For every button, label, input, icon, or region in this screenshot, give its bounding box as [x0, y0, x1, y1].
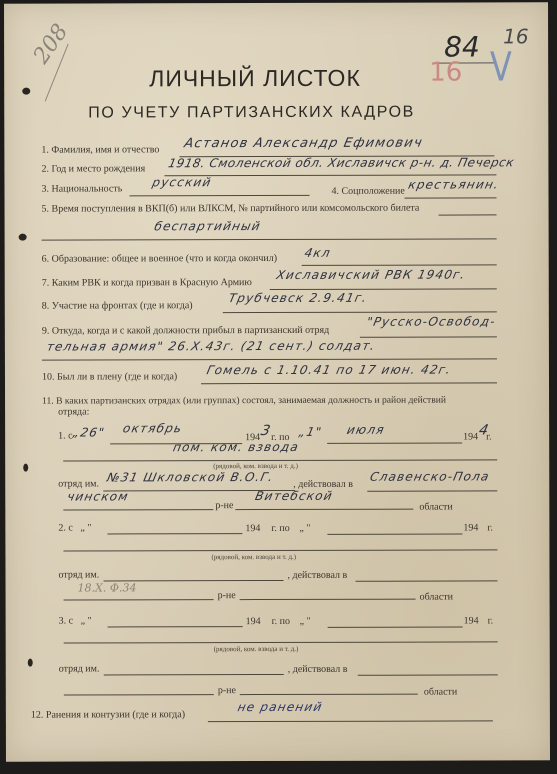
field-6-line	[302, 264, 497, 266]
entry-1-year-suffix: г.	[486, 431, 492, 442]
entry-2-position-hint: (рядовой, ком. взвода и т. д.)	[211, 553, 296, 561]
entry-3-num: 3. с	[59, 616, 73, 627]
entry-3-position-hint: (рядовой, ком. взвода и т. д.)	[214, 645, 299, 653]
field-11-label-cont: отряда:	[58, 406, 89, 417]
field-9-value-line2[interactable]: тельная армия" 26.Х.43г. (21 сент.) солд…	[45, 339, 377, 354]
field-3-value[interactable]: русский	[151, 175, 213, 189]
field-9-line-b	[42, 358, 497, 360]
entry-1-position[interactable]: пом. ком. взвода	[172, 440, 301, 454]
entry-1-to-day[interactable]: „1"	[298, 425, 324, 439]
entry-2-year-suffix: г.	[487, 522, 493, 533]
blue-check-mark: V	[490, 44, 512, 90]
entry-1-operated-line	[367, 490, 497, 491]
entry-3-to-year-prefix: 194	[464, 615, 479, 626]
entry-2-region-label: области	[420, 592, 453, 603]
entry-3-from-year-prefix: 194	[246, 616, 261, 627]
entry-2-district-line[interactable]	[64, 599, 214, 600]
field-9-value-line1[interactable]: "Русско-Освобод-	[365, 314, 497, 328]
field-3-line	[130, 195, 310, 196]
entry-2-pencil-scribble: 18.Х. Ф.34	[78, 581, 137, 594]
field-10-line	[201, 382, 497, 384]
field-1-label: 1. Фамилия, имя и отчество	[41, 144, 159, 155]
document-page: 208 84 16 16 V ЛИЧНЫЙ ЛИСТОК ПО УЧЕТУ ПА…	[4, 2, 550, 761]
entry-1-region[interactable]: Витебской	[254, 489, 335, 503]
field-10-value[interactable]: Гомель с 1.10.41 по 17 июн. 42г.	[205, 363, 452, 378]
entry-1-unit[interactable]: №31 Шкловской В.О.Г.	[106, 470, 275, 484]
field-2-label: 2. Год и место рождения	[41, 163, 145, 174]
entry-3-to-day: „ "	[300, 616, 311, 627]
entry-3-district-label: р-не	[218, 685, 236, 696]
entry-1-from-month[interactable]: октябрь	[122, 421, 184, 435]
entry-2-to-year-prefix: 194	[463, 522, 478, 533]
entry-2-to-line[interactable]	[327, 534, 462, 535]
field-5-value[interactable]: беспартийный	[153, 219, 262, 233]
red-pencil-number: 16	[429, 58, 462, 88]
entry-3-year-suffix: г.	[488, 615, 494, 626]
entry-2-position-line[interactable]	[63, 549, 497, 551]
punch-hole	[23, 464, 28, 472]
entry-2-to-label: г. по	[271, 523, 289, 534]
entry-3-unit-line[interactable]	[104, 674, 284, 675]
entry-1-district-label: р-не	[215, 500, 233, 511]
field-12-label: 12. Ранения и контузии (где и когда)	[31, 709, 185, 720]
field-4-value[interactable]: крестьянин.	[407, 177, 501, 191]
entry-3-to-label: г. по	[272, 616, 290, 627]
field-6-value[interactable]: 4кл	[303, 246, 332, 260]
field-5-label: 5. Время поступления в ВКП(б) или ВЛКСМ,…	[42, 203, 420, 215]
field-11-label: 11. В каких партизанских отрядах (или гр…	[42, 395, 446, 407]
entry-1-district-line1[interactable]: Славенско-Пола	[369, 469, 491, 483]
entry-1-region-line	[235, 509, 413, 510]
field-8-value[interactable]: Трубчевск 2.9.41г.	[227, 291, 368, 305]
entry-1-from-day[interactable]: „26"	[72, 425, 107, 439]
entry-3-from-line[interactable]	[108, 626, 243, 627]
field-1-value[interactable]: Астанов Александр Ефимович	[183, 136, 425, 152]
entry-2-district-label: р-не	[218, 590, 236, 601]
field-6-label: 6. Образование: общее и военное (что и к…	[42, 253, 277, 265]
field-5-line-a	[439, 214, 497, 215]
field-12-value[interactable]: не ранений	[236, 700, 324, 714]
entry-2-from-line[interactable]	[107, 533, 242, 534]
entry-3-region-label: области	[424, 687, 457, 698]
entry-1-position-hint: (рядовой, ком. взвода и т. д.)	[213, 462, 298, 470]
entry-3-unit-label: отряд им.	[59, 663, 100, 674]
field-9-line-a	[360, 336, 497, 337]
entry-1-to-year-prefix: 194	[463, 431, 478, 442]
page-subtitle: ПО УЧЕТУ ПАРТИЗАНСКИХ КАДРОВ	[88, 104, 415, 123]
entry-1-to-line	[327, 443, 462, 444]
entry-3-from-day: „ "	[81, 615, 92, 626]
entry-1-district-line2[interactable]: чинском	[66, 489, 130, 503]
entry-1-num: 1. с	[58, 431, 72, 442]
entry-3-to-line[interactable]	[328, 627, 463, 628]
field-8-line	[223, 311, 497, 313]
entry-1-to-month[interactable]: июля	[346, 423, 387, 437]
entry-3-position-line[interactable]	[64, 641, 498, 643]
punch-hole	[22, 88, 30, 95]
entry-3-operated-line[interactable]	[358, 674, 498, 675]
entry-3-district-line[interactable]	[64, 694, 214, 695]
entry-3-operated-label: , действовал в	[288, 664, 348, 675]
field-3-label: 3. Национальность	[41, 183, 122, 194]
field-8-label: 8. Участие на фронтах (где и когда)	[42, 300, 193, 311]
field-7-value[interactable]: Хиславичский РВК 1940г.	[275, 268, 467, 283]
entry-1-unit-label: отряд им.	[58, 478, 99, 489]
page-title: ЛИЧНЫЙ ЛИСТОК	[149, 65, 361, 93]
entry-2-region-line[interactable]	[240, 599, 416, 600]
entry-2-to-day: „ "	[299, 523, 310, 534]
entry-2-from-day: „ "	[80, 522, 91, 533]
entry-3-region-line[interactable]	[240, 694, 418, 695]
entry-1-region-label: области	[419, 502, 452, 513]
field-2-value[interactable]: 1918. Смоленской обл. Хиславичск р-н. д.…	[167, 155, 516, 170]
punch-hole	[19, 234, 27, 241]
entry-2-from-year-prefix: 194	[245, 523, 260, 534]
entry-2-operated-label: , действовал в	[287, 570, 347, 581]
entry-1-district-line	[63, 509, 213, 510]
field-10-label: 10. Был ли в плену (где и когда)	[42, 371, 177, 382]
entry-2-unit-label: отряд им.	[58, 569, 99, 580]
field-7-line	[270, 288, 497, 290]
field-4-line	[405, 197, 497, 198]
field-12-line	[208, 720, 493, 722]
entry-2-num: 2. с	[58, 523, 72, 534]
field-9-label: 9. Откуда, когда и с какой должности при…	[42, 325, 329, 337]
field-5-line-b	[42, 238, 497, 240]
punch-hole	[28, 659, 33, 667]
field-2-line	[164, 174, 496, 176]
field-4-label: 4. Соцположение	[331, 186, 404, 197]
entry-2-operated-line[interactable]	[356, 580, 498, 581]
field-7-label: 7. Каким РВК и когда призван в Красную А…	[42, 277, 252, 289]
